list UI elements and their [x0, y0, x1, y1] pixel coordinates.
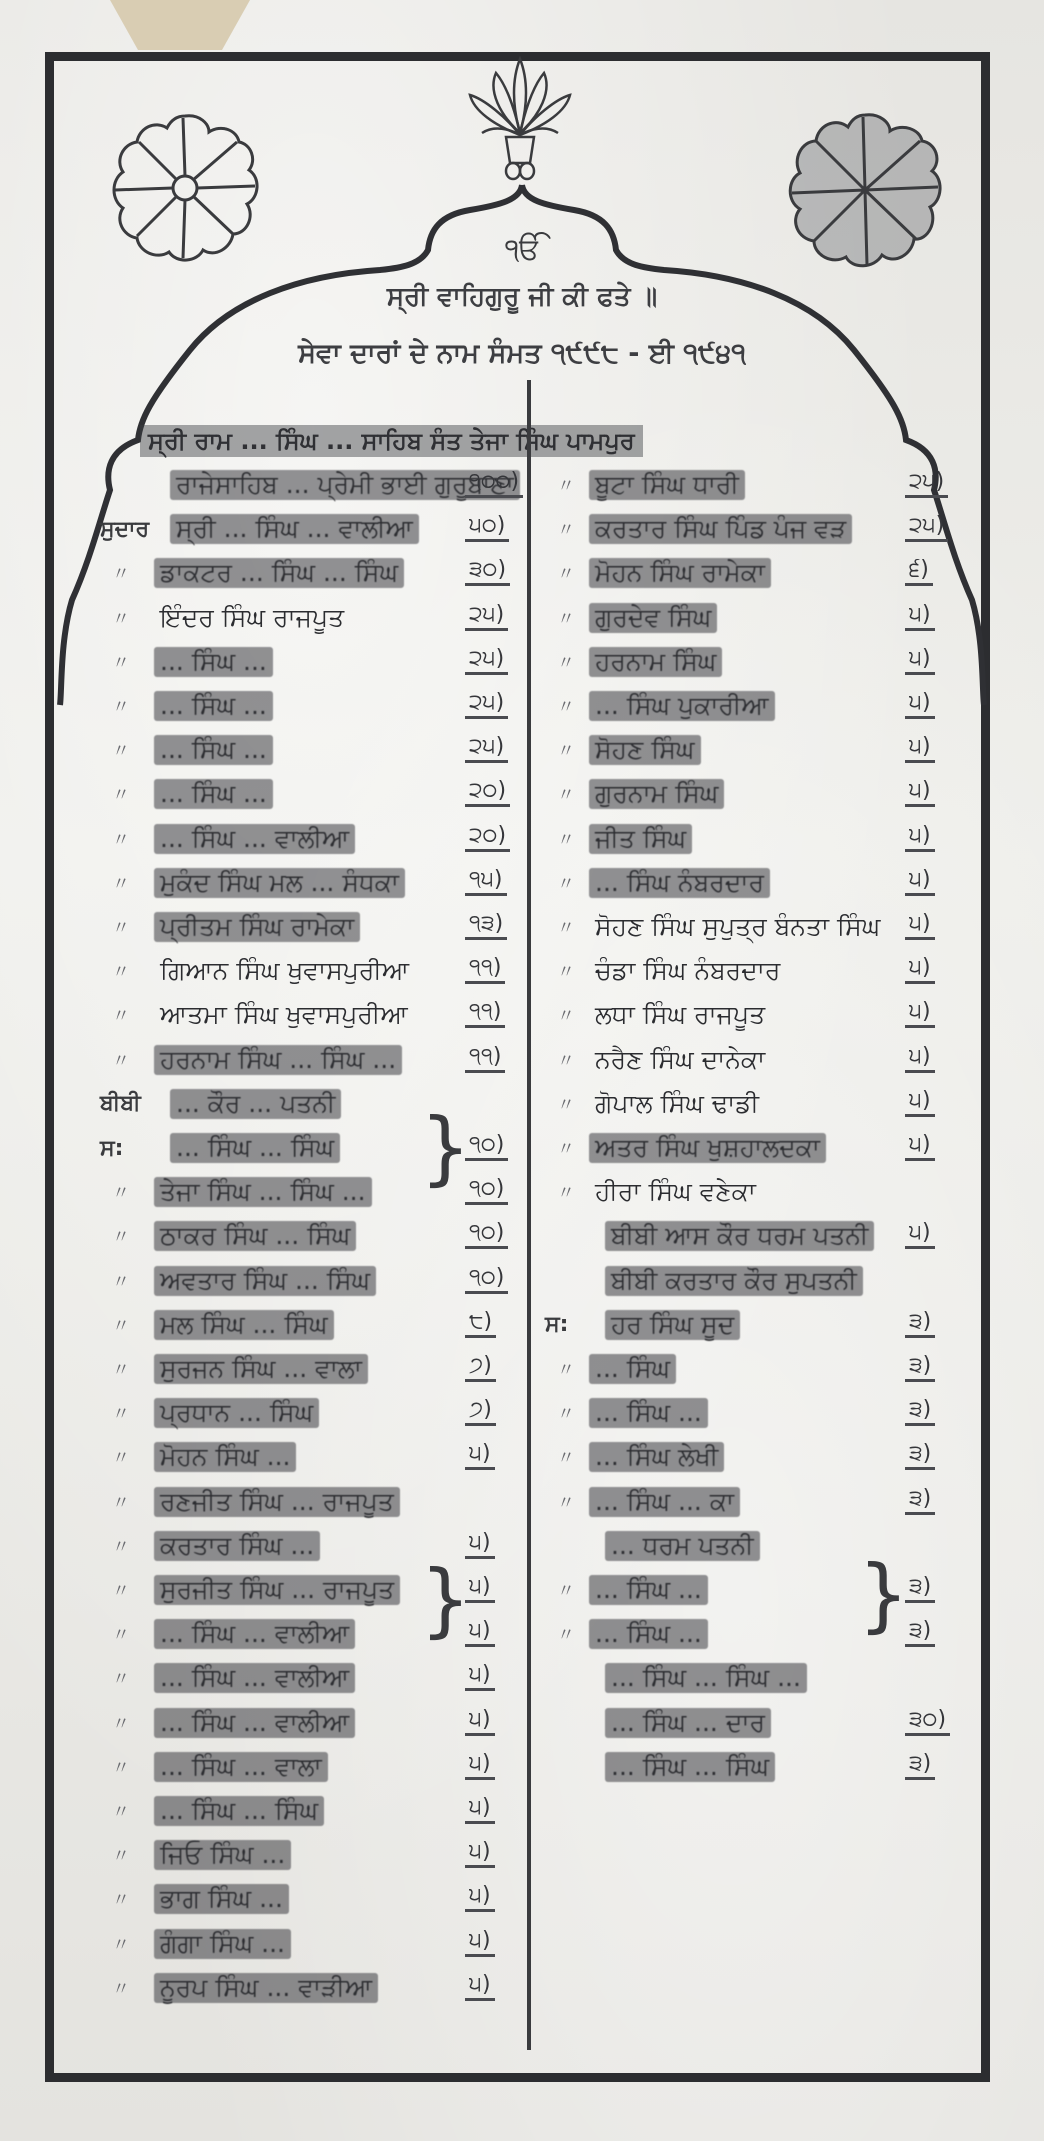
donor-name: ਹਰਨਾਮ ਸਿੰਘ [589, 647, 722, 677]
ditto-mark: 〃 [545, 781, 587, 807]
ditto-mark: 〃 [100, 1047, 142, 1073]
list-item: 〃... ਸਿੰਘ ... [545, 1614, 708, 1654]
donor-name: ... ਸਿੰਘ ... [154, 779, 273, 809]
top-dedication-line: ਸ੍ਰੀ ਰਾਮ ... ਸਿੰਘ ... ਸਾਹਿਬ ਸੰਤ ਤੇਜਾ ਸਿੰ… [140, 425, 643, 457]
ditto-mark: 〃 [100, 1886, 142, 1912]
list-item: 〃... ਸਿੰਘ ... ਕਾ [545, 1482, 740, 1522]
list-item: 〃ਪ੍ਰੀਤਮ ਸਿੰਘ ਰਾਮੇਕਾ [100, 907, 360, 947]
donor-name: ਜਿਓ ਸਿੰਘ ... [154, 1840, 291, 1870]
list-item: 〃ਮੁਕੰਦ ਸਿੰਘ ਮਲ ... ਸੰਧਕਾ [100, 863, 405, 903]
donation-amount: ੫) [465, 1662, 495, 1691]
donation-amount: ੨੦) [465, 823, 510, 852]
ditto-mark: 〃 [100, 1665, 142, 1691]
donor-name: ... ਸਿੰਘ ... ਸਿੰਘ [170, 1133, 340, 1163]
list-item: ... ਧਰਮ ਪਤਨੀ [545, 1526, 760, 1566]
honorific-prefix: ਬੀਬੀ [100, 1091, 158, 1116]
list-item: 〃ਲਧਾ ਸਿੰਘ ਰਾਜਪੂਤ [545, 995, 771, 1035]
donor-name: ... ਸਿੰਘ ... [154, 735, 273, 765]
donation-amount: ੬) [905, 557, 933, 586]
donor-name: ... ਸਿੰਘ ... ਦਾਰ [605, 1708, 771, 1738]
list-item: 〃ਹਰਨਾਮ ਸਿੰਘ ... ਸਿੰਘ ... [100, 1040, 402, 1080]
donation-amount: ੧੦) [465, 1176, 508, 1205]
list-item: 〃ਅਵਤਾਰ ਸਿੰਘ ... ਸਿੰਘ [100, 1261, 376, 1301]
donation-amount: ੧੦੦) [465, 469, 523, 498]
donation-amount: ੫) [465, 1839, 495, 1868]
honorific-prefix: ਸ: [545, 1312, 603, 1337]
ditto-mark: 〃 [545, 1356, 587, 1382]
donor-name: ਠਾਕਰ ਸਿੰਘ ... ਸਿੰਘ [154, 1221, 356, 1251]
donation-amount: ੧੫) [465, 867, 507, 896]
donation-amount: ੫) [905, 867, 935, 896]
list-item: 〃ਤੇਜਾ ਸਿੰਘ ... ਸਿੰਘ ... [100, 1172, 372, 1212]
donor-name: ... ਸਿੰਘ ... ਵਾਲੀਆ [154, 1663, 355, 1693]
donation-amount: ੫) [905, 955, 935, 984]
donor-name: ... ਸਿੰਘ ... [589, 1575, 708, 1605]
donor-name: ... ਸਿੰਘ ... ਵਾਲੀਆ [154, 824, 355, 854]
donation-amount: ੧੩) [465, 911, 507, 940]
ditto-mark: 〃 [545, 605, 587, 631]
list-item: 〃ਕਰਤਾਰ ਸਿੰਘ ... [100, 1526, 320, 1566]
list-item: 〃... ਸਿੰਘ ... ਸਿੰਘ [100, 1791, 324, 1831]
ditto-mark: 〃 [545, 1577, 587, 1603]
list-item: 〃ਗੰਗਾ ਸਿੰਘ ... [100, 1924, 291, 1964]
list-item: 〃... ਸਿੰਘ ... [100, 730, 273, 770]
donor-name: ਗੁਰਨਾਮ ਸਿੰਘ [589, 779, 724, 809]
donation-amount: ੫੦) [465, 513, 509, 542]
list-item: ਬੀਬੀ ਆਸ ਕੌਰ ਧਰਮ ਪਤਨੀ [545, 1216, 874, 1256]
list-item: ਬੀਬੀ ਕਰਤਾਰ ਕੌਰ ਸੁਪਤਨੀ [545, 1261, 863, 1301]
donor-name: ਡਾਕਟਰ ... ਸਿੰਘ ... ਸਿੰਘ [154, 558, 404, 588]
donor-name: ਹਰਨਾਮ ਸਿੰਘ ... ਸਿੰਘ ... [154, 1045, 402, 1075]
donor-name: ਗਿਆਨ ਸਿੰਘ ਖੁਵਾਸਪੁਰੀਆ [154, 956, 415, 986]
ditto-mark: 〃 [545, 1135, 587, 1161]
list-item: 〃... ਸਿੰਘ [545, 1349, 676, 1389]
donor-name: ਮਲ ਸਿੰਘ ... ਸਿੰਘ [154, 1310, 334, 1340]
donation-amount: ੨੫) [465, 602, 508, 631]
donation-amount: ੫) [465, 1972, 495, 2001]
donation-amount: ੨੫) [905, 513, 948, 542]
ditto-mark: 〃 [100, 1489, 142, 1515]
donation-amount: ੮) [465, 1309, 496, 1338]
donation-amount: ੫) [905, 646, 935, 675]
list-item: 〃... ਸਿੰਘ ... ਵਾਲੀਆ [100, 1614, 355, 1654]
ditto-mark: 〃 [545, 958, 587, 984]
list-item: 〃... ਸਿੰਘ ... [100, 642, 273, 682]
donation-amount: ੫) [905, 911, 935, 940]
list-item: 〃ਭਾਗ ਸਿੰਘ ... [100, 1879, 289, 1919]
list-item: 〃ਹੀਰਾ ਸਿੰਘ ਵਣੇਕਾ [545, 1172, 762, 1212]
list-item: 〃... ਸਿੰਘ ... [100, 774, 273, 814]
ditto-mark: 〃 [545, 1400, 587, 1426]
list-item: ਸੁਦਾਰਸ੍ਰੀ ... ਸਿੰਘ ... ਵਾਲੀਆ [100, 509, 419, 549]
ditto-mark: 〃 [545, 516, 587, 542]
donation-amount: ੫) [905, 823, 935, 852]
ditto-mark: 〃 [100, 870, 142, 896]
donation-amount: ੧੧) [465, 1044, 505, 1073]
list-item: 〃ਜਿਓ ਸਿੰਘ ... [100, 1835, 291, 1875]
list-item: 〃... ਸਿੰਘ ਨੰਬਰਦਾਰ [545, 863, 770, 903]
ditto-mark: 〃 [545, 1621, 587, 1647]
donation-amount: ੨੫) [905, 469, 948, 498]
donation-amount: ੫) [905, 999, 935, 1028]
donation-amount: ੫) [465, 1751, 495, 1780]
donor-name: ਕਰਤਾਰ ਸਿੰਘ ... [154, 1531, 320, 1561]
donation-amount: ੩) [905, 1397, 935, 1426]
donor-name: ਪ੍ਰੀਤਮ ਸਿੰਘ ਰਾਮੇਕਾ [154, 912, 360, 942]
donation-amount: ੫) [905, 778, 935, 807]
donation-amount: ੫) [465, 1795, 495, 1824]
ditto-mark: 〃 [100, 1798, 142, 1824]
ditto-mark: 〃 [100, 649, 142, 675]
ditto-mark: 〃 [100, 1931, 142, 1957]
list-item: 〃... ਸਿੰਘ ... [545, 1393, 708, 1433]
donation-amount: ੫) [905, 602, 935, 631]
donation-amount: ੫) [905, 1044, 935, 1073]
donation-amount: ੨੫) [465, 734, 508, 763]
list-item: 〃ਮਲ ਸਿੰਘ ... ਸਿੰਘ [100, 1305, 334, 1345]
sevadar-names-heading: ਸੇਵਾ ਦਾਰਾਂ ਦੇ ਨਾਮ ਸੰਮਤ ੧੯੯੮ - ਈ ੧੯੪੧ [0, 338, 1044, 370]
donation-amount: ੫) [465, 1441, 495, 1470]
donation-amount: ੫) [465, 1707, 495, 1736]
donor-name: ਕਰਤਾਰ ਸਿੰਘ ਪਿੰਡ ਪੰਜ ਵੜ [589, 514, 852, 544]
donation-amount: ੧੦) [465, 1132, 508, 1161]
donor-name: ਗੁਰਦੇਵ ਸਿੰਘ [589, 603, 717, 633]
donor-name: ਤੇਜਾ ਸਿੰਘ ... ਸਿੰਘ ... [154, 1177, 372, 1207]
donor-name: ... ਸਿੰਘ ... [154, 691, 273, 721]
donor-name: ਹੀਰਾ ਸਿੰਘ ਵਣੇਕਾ [589, 1177, 762, 1207]
donor-name: ... ਧਰਮ ਪਤਨੀ [605, 1531, 760, 1561]
donor-name: ਸੁਰਜੀਤ ਸਿੰਘ ... ਰਾਜਪੂਤ [154, 1575, 400, 1605]
ditto-mark: 〃 [545, 693, 587, 719]
donor-name: ... ਸਿੰਘ ... [589, 1398, 708, 1428]
ditto-mark: 〃 [100, 826, 142, 852]
donation-amount: ੫) [465, 1883, 495, 1912]
donation-amount: ੫) [905, 690, 935, 719]
list-item: 〃ਆਤਮਾ ਸਿੰਘ ਖੁਵਾਸਪੁਰੀਆ [100, 995, 414, 1035]
ditto-mark: 〃 [100, 1975, 142, 2001]
ditto-mark: 〃 [545, 1179, 587, 1205]
grouping-brace: } [420, 1560, 471, 1640]
donor-name: ਸੁਰਜਨ ਸਿੰਘ ... ਵਾਲਾ [154, 1354, 368, 1384]
list-item: 〃ਨਰੈਣ ਸਿੰਘ ਦਾਨੇਕਾ [545, 1040, 771, 1080]
donation-amount: ੩੦) [905, 1707, 950, 1736]
list-item: 〃ਬੂਟਾ ਸਿੰਘ ਧਾਰੀ [545, 465, 745, 505]
ditto-mark: 〃 [545, 914, 587, 940]
donor-name: ... ਸਿੰਘ ਨੰਬਰਦਾਰ [589, 868, 770, 898]
ditto-mark: 〃 [100, 1312, 142, 1338]
list-item: 〃ਮੋਹਨ ਸਿੰਘ ... [100, 1437, 296, 1477]
ditto-mark: 〃 [545, 1444, 587, 1470]
donor-name: ਸ੍ਰੀ ... ਸਿੰਘ ... ਵਾਲੀਆ [170, 514, 419, 544]
donation-amount: ੧੧) [465, 999, 505, 1028]
ditto-mark: 〃 [100, 958, 142, 984]
list-item: 〃... ਸਿੰਘ ... [545, 1570, 708, 1610]
list-item: 〃... ਸਿੰਘ ਪੁਕਾਰੀਆ [545, 686, 775, 726]
list-item: 〃ਪ੍ਰਧਾਨ ... ਸਿੰਘ [100, 1393, 319, 1433]
list-item: ਰਾਜੇਸਾਹਿਬ ... ਪ੍ਰੇਮੀ ਭਾਈ ਗੁਰੂਬਾਣਾ [100, 465, 520, 505]
list-item: 〃ਸੋਹਣ ਸਿੰਘ [545, 730, 701, 770]
grouping-brace: } [420, 1108, 471, 1188]
donation-amount: ੩੦) [465, 557, 510, 586]
donor-name: ਜੀਤ ਸਿੰਘ [589, 824, 692, 854]
list-item: 〃ਜੀਤ ਸਿੰਘ [545, 819, 692, 859]
donation-amount: ੨੦) [465, 778, 510, 807]
ditto-mark: 〃 [100, 1400, 142, 1426]
ditto-mark: 〃 [100, 737, 142, 763]
ditto-mark: 〃 [100, 1842, 142, 1868]
list-item: 〃... ਸਿੰਘ ... ਵਾਲੀਆ [100, 819, 355, 859]
column-divider [527, 380, 531, 2050]
list-item: 〃... ਸਿੰਘ ... ਵਾਲਾ [100, 1747, 328, 1787]
donor-name: ... ਸਿੰਘ ... ਸਿੰਘ ... [605, 1663, 807, 1693]
ditto-mark: 〃 [545, 1091, 587, 1117]
ditto-mark: 〃 [100, 693, 142, 719]
donor-name: ਸੋਹਣ ਸਿੰਘ ਸੁਪੁਤ੍ਰ ਬੰਨਤਾ ਸਿੰਘ [589, 912, 886, 942]
list-item: 〃ਇੰਦਰ ਸਿੰਘ ਰਾਜਪੂਤ [100, 598, 350, 638]
list-item: 〃ਨੂਰਪ ਸਿੰਘ ... ਵਾੜੀਆ [100, 1968, 378, 2008]
donor-name: ... ਸਿੰਘ ਲੇਖੀ [589, 1442, 724, 1472]
ditto-mark: 〃 [545, 737, 587, 763]
donor-name: ਅਵਤਾਰ ਸਿੰਘ ... ਸਿੰਘ [154, 1266, 376, 1296]
donor-name: ... ਸਿੰਘ ... ਸਿੰਘ [605, 1752, 775, 1782]
donor-name: ਬੀਬੀ ਕਰਤਾਰ ਕੌਰ ਸੁਪਤਨੀ [605, 1266, 863, 1296]
donor-name: ਸੋਹਣ ਸਿੰਘ [589, 735, 701, 765]
donation-amount: ੫) [905, 1132, 935, 1161]
donor-name: ... ਸਿੰਘ ... ਕਾ [589, 1487, 740, 1517]
honorific-prefix: ਸੁਦਾਰ [100, 517, 158, 542]
list-item: 〃... ਸਿੰਘ ... ਵਾਲੀਆ [100, 1703, 355, 1743]
list-item: 〃ਗੋਪਾਲ ਸਿੰਘ ਢਾਡੀ [545, 1084, 765, 1124]
donor-name: ਮੁਕੰਦ ਸਿੰਘ ਮਲ ... ਸੰਧਕਾ [154, 868, 405, 898]
list-item: 〃ਚੰਡਾ ਸਿੰਘ ਨੰਬਰਦਾਰ [545, 951, 786, 991]
donation-amount: ੩) [905, 1486, 935, 1515]
donor-name: ਗੰਗਾ ਸਿੰਘ ... [154, 1929, 291, 1959]
ek-onkar-symbol: ੴ [505, 232, 542, 267]
list-item: 〃... ਸਿੰਘ ... ਵਾਲੀਆ [100, 1658, 355, 1698]
donation-amount: ੭) [465, 1397, 496, 1426]
donor-name: ਨਰੈਣ ਸਿੰਘ ਦਾਨੇਕਾ [589, 1045, 771, 1075]
honorific-prefix: ਸ: [100, 1136, 158, 1161]
ditto-mark: 〃 [100, 914, 142, 940]
donation-amount: ੩) [905, 1751, 935, 1780]
list-item: 〃... ਸਿੰਘ ... [100, 686, 273, 726]
ditto-mark: 〃 [100, 1754, 142, 1780]
donation-amount: ੨੫) [465, 646, 508, 675]
donor-name: ਹਰ ਸਿੰਘ ਸੂਦ [605, 1310, 740, 1340]
donation-amount: ੭) [465, 1353, 496, 1382]
donor-name: ਭਾਗ ਸਿੰਘ ... [154, 1884, 289, 1914]
donor-name: ... ਸਿੰਘ [589, 1354, 676, 1384]
list-item: 〃ਗਿਆਨ ਸਿੰਘ ਖੁਵਾਸਪੁਰੀਆ [100, 951, 415, 991]
donation-amount: ੧੧) [465, 955, 505, 984]
donation-amount: ੩) [905, 1353, 935, 1382]
donation-amount: ੩) [905, 1574, 935, 1603]
list-item: 〃ਸੁਰਜੀਤ ਸਿੰਘ ... ਰਾਜਪੂਤ [100, 1570, 400, 1610]
ditto-mark: 〃 [100, 1268, 142, 1294]
list-item: ... ਸਿੰਘ ... ਸਿੰਘ [545, 1747, 775, 1787]
invocation-heading: ਸ੍ਰੀ ਵਾਹਿਗੁਰੂ ਜੀ ਕੀ ਫਤੇ ॥ [0, 282, 1044, 313]
list-item: 〃ਸੋਹਣ ਸਿੰਘ ਸੁਪੁਤ੍ਰ ਬੰਨਤਾ ਸਿੰਘ [545, 907, 886, 947]
list-item: 〃ਹਰਨਾਮ ਸਿੰਘ [545, 642, 722, 682]
donor-name: ਚੰਡਾ ਸਿੰਘ ਨੰਬਰਦਾਰ [589, 956, 786, 986]
ditto-mark: 〃 [100, 1577, 142, 1603]
donor-name: ... ਸਿੰਘ ਪੁਕਾਰੀਆ [589, 691, 775, 721]
list-item: 〃ਰਣਜੀਤ ਸਿੰਘ ... ਰਾਜਪੂਤ [100, 1482, 400, 1522]
list-item: 〃ਅਤਰ ਸਿੰਘ ਖੁਸ਼ਹਾਲਦਕਾ [545, 1128, 826, 1168]
list-item: ... ਸਿੰਘ ... ਦਾਰ [545, 1703, 771, 1743]
ditto-mark: 〃 [100, 1223, 142, 1249]
donor-name: ਰਣਜੀਤ ਸਿੰਘ ... ਰਾਜਪੂਤ [154, 1487, 400, 1517]
ditto-mark: 〃 [100, 1533, 142, 1559]
ditto-mark: 〃 [545, 826, 587, 852]
donor-name: ਗੋਪਾਲ ਸਿੰਘ ਢਾਡੀ [589, 1089, 765, 1119]
ditto-mark: 〃 [100, 1356, 142, 1382]
donor-name: ਬੀਬੀ ਆਸ ਕੌਰ ਧਰਮ ਪਤਨੀ [605, 1221, 874, 1251]
ditto-mark: 〃 [100, 560, 142, 586]
ditto-mark: 〃 [100, 1621, 142, 1647]
list-item: 〃ਸੁਰਜਨ ਸਿੰਘ ... ਵਾਲਾ [100, 1349, 368, 1389]
donation-amount: ੫) [905, 1220, 935, 1249]
donor-name: ਆਤਮਾ ਸਿੰਘ ਖੁਵਾਸਪੁਰੀਆ [154, 1000, 414, 1030]
ditto-mark: 〃 [545, 1047, 587, 1073]
ditto-mark: 〃 [545, 472, 587, 498]
list-item: 〃ਗੁਰਨਾਮ ਸਿੰਘ [545, 774, 724, 814]
ditto-mark: 〃 [100, 1179, 142, 1205]
ditto-mark: 〃 [545, 1002, 587, 1028]
donor-name: ਮੋਹਨ ਸਿੰਘ ਰਾਮੇਕਾ [589, 558, 771, 588]
donation-amount: ੨੫) [465, 690, 508, 719]
list-item: ਸ:... ਸਿੰਘ ... ਸਿੰਘ [100, 1128, 340, 1168]
list-item: 〃ਗੁਰਦੇਵ ਸਿੰਘ [545, 598, 717, 638]
list-item: ਬੀਬੀ... ਕੌਰ ... ਪਤਨੀ [100, 1084, 341, 1124]
donation-amount: ੫) [465, 1928, 495, 1957]
donor-name: ... ਸਿੰਘ ... [154, 647, 273, 677]
ditto-mark: 〃 [100, 605, 142, 631]
list-item: 〃ਡਾਕਟਰ ... ਸਿੰਘ ... ਸਿੰਘ [100, 553, 404, 593]
donor-name: ਬੂਟਾ ਸਿੰਘ ਧਾਰੀ [589, 470, 745, 500]
ditto-mark: 〃 [100, 781, 142, 807]
donation-amount: ੩) [905, 1309, 935, 1338]
donation-amount: ੫) [905, 1088, 935, 1117]
list-item: ਸ:ਹਰ ਸਿੰਘ ਸੂਦ [545, 1305, 740, 1345]
donor-name: ਲਧਾ ਸਿੰਘ ਰਾਜਪੂਤ [589, 1000, 771, 1030]
donor-name: ... ਸਿੰਘ ... [589, 1619, 708, 1649]
list-item: 〃ਠਾਕਰ ਸਿੰਘ ... ਸਿੰਘ [100, 1216, 356, 1256]
ditto-mark: 〃 [545, 870, 587, 896]
list-item: 〃... ਸਿੰਘ ਲੇਖੀ [545, 1437, 724, 1477]
ditto-mark: 〃 [100, 1710, 142, 1736]
donor-name: ... ਕੌਰ ... ਪਤਨੀ [170, 1089, 341, 1119]
donor-name: ਮੋਹਨ ਸਿੰਘ ... [154, 1442, 296, 1472]
donation-amount: ੧੦) [465, 1265, 508, 1294]
ditto-mark: 〃 [545, 1489, 587, 1515]
list-item: 〃ਮੋਹਨ ਸਿੰਘ ਰਾਮੇਕਾ [545, 553, 771, 593]
donation-amount: ੩) [905, 1618, 935, 1647]
donation-amount: ੫) [905, 734, 935, 763]
grouping-brace: } [858, 1555, 909, 1635]
list-item: ... ਸਿੰਘ ... ਸਿੰਘ ... [545, 1658, 807, 1698]
list-item: 〃ਕਰਤਾਰ ਸਿੰਘ ਪਿੰਡ ਪੰਜ ਵੜ [545, 509, 852, 549]
donor-name: ... ਸਿੰਘ ... ਵਾਲੀਆ [154, 1708, 355, 1738]
donation-amount: ੩) [905, 1441, 935, 1470]
donor-name: ਨੂਰਪ ਸਿੰਘ ... ਵਾੜੀਆ [154, 1973, 378, 2003]
donor-name: ਪ੍ਰਧਾਨ ... ਸਿੰਘ [154, 1398, 319, 1428]
donor-name: ... ਸਿੰਘ ... ਵਾਲਾ [154, 1752, 328, 1782]
ditto-mark: 〃 [545, 560, 587, 586]
ditto-mark: 〃 [100, 1444, 142, 1470]
donor-name: ... ਸਿੰਘ ... ਸਿੰਘ [154, 1796, 324, 1826]
donation-amount: ੧੦) [465, 1220, 508, 1249]
ditto-mark: 〃 [545, 649, 587, 675]
ditto-mark: 〃 [100, 1002, 142, 1028]
donor-name: ... ਸਿੰਘ ... ਵਾਲੀਆ [154, 1619, 355, 1649]
donor-name: ਇੰਦਰ ਸਿੰਘ ਰਾਜਪੂਤ [154, 603, 350, 633]
donor-name: ਅਤਰ ਸਿੰਘ ਖੁਸ਼ਹਾਲਦਕਾ [589, 1133, 826, 1163]
